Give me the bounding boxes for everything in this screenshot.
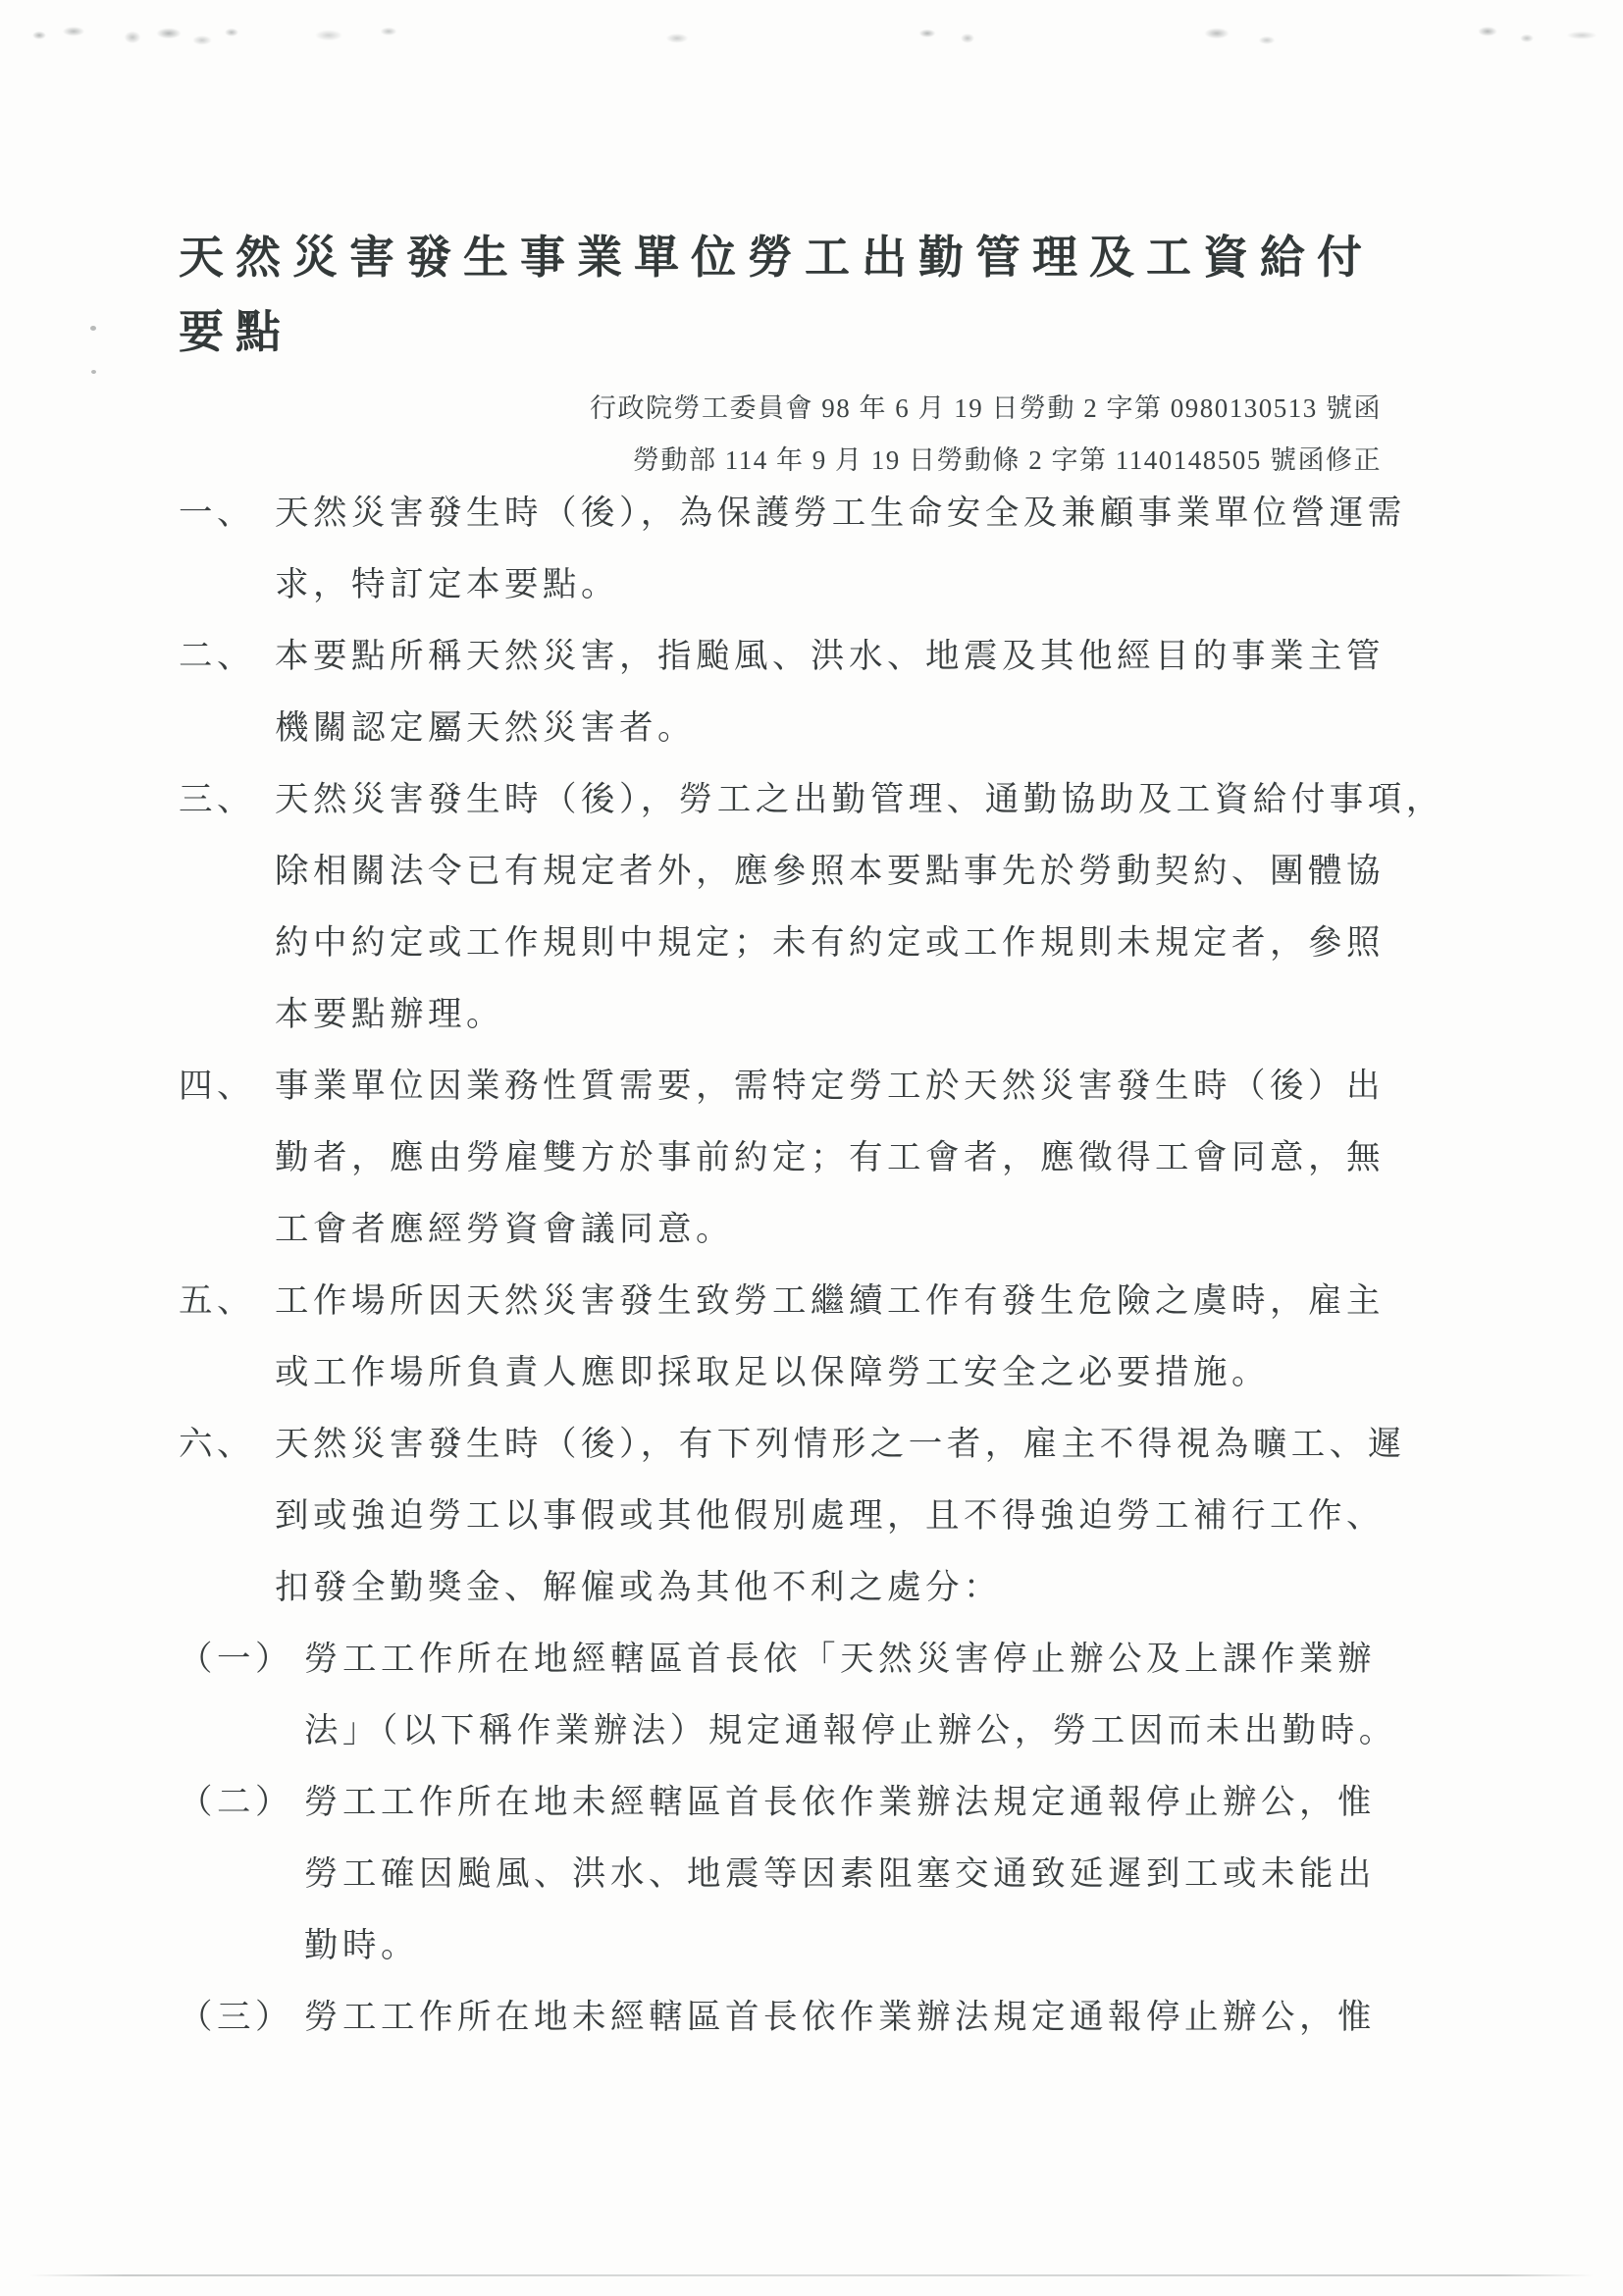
paragraph-marker: 二、 [179,621,255,693]
paragraph-line: 勞工確因颱風、洪水、地震等因素阻塞交通致延遲到工或未能出 [304,1839,1444,1910]
paragraph-line: 約中約定或工作規則中規定；未有約定或工作規則未規定者，參照 [275,908,1444,979]
paragraph-line: 勞工工作所在地未經轄區首長依作業辦法規定通報停止辦公，惟 [304,1767,1444,1839]
paragraph-line: 工會者應經勞資會議同意。 [275,1194,1444,1266]
document-title-line-2: 要點 [179,295,1374,370]
document-body: 一、天然災害發生時（後），為保護勞工生命安全及兼顧事業單位營運需求，特訂定本要點… [179,478,1444,2054]
paragraph: 二、本要點所稱天然災害，指颱風、洪水、地震及其他經目的事業主管機關認定屬天然災害… [179,621,1444,764]
paragraph: 六、天然災害發生時（後），有下列情形之一者，雇主不得視為曠工、遲到或強迫勞工以事… [179,1409,1444,1624]
paragraph-marker: 四、 [179,1051,255,1122]
paragraph: （一）勞工工作所在地經轄區首長依「天然災害停止辦公及上課作業辦法」（以下稱作業辦… [179,1624,1444,1767]
paragraph-marker: 六、 [179,1409,255,1481]
document-title-line-1: 天然災害發生事業單位勞工出勤管理及工資給付 [179,221,1374,295]
paragraph-line: 扣發全勤獎金、解僱或為其他不利之處分： [275,1552,1444,1624]
paragraph-line: 天然災害發生時（後），有下列情形之一者，雇主不得視為曠工、遲 [275,1409,1444,1481]
paragraph-line: 本要點所稱天然災害，指颱風、洪水、地震及其他經目的事業主管 [275,621,1444,693]
paragraph: 三、天然災害發生時（後），勞工之出勤管理、通勤協助及工資給付事項，除相關法令已有… [179,764,1444,1051]
paragraph: 四、事業單位因業務性質需要，需特定勞工於天然災害發生時（後）出勤者，應由勞雇雙方… [179,1051,1444,1266]
paragraph-marker: （二） [179,1767,293,1839]
paragraph: 五、工作場所因天然災害發生致勞工繼續工作有發生危險之虞時，雇主或工作場所負責人應… [179,1266,1444,1409]
scan-speck [90,326,96,331]
scan-noise-top [0,8,1623,71]
paragraph-marker: （三） [179,1982,293,2054]
paragraph: （三）勞工工作所在地未經轄區首長依作業辦法規定通報停止辦公，惟 [179,1982,1444,2054]
issuance-line-original: 行政院勞工委員會 98 年 6 月 19 日勞動 2 字第 0980130513… [590,383,1382,435]
issuance-block: 行政院勞工委員會 98 年 6 月 19 日勞動 2 字第 0980130513… [590,383,1382,487]
paragraph-line: 到或強迫勞工以事假或其他假別處理，且不得強迫勞工補行工作、 [275,1481,1444,1552]
paragraph-marker: 五、 [179,1266,255,1337]
paragraph-line: 或工作場所負責人應即採取足以保障勞工安全之必要措施。 [275,1337,1444,1409]
paragraph-marker: 一、 [179,478,255,549]
paragraph-line: 除相關法令已有規定者外，應參照本要點事先於勞動契約、團體協 [275,836,1444,908]
paragraph-line: 法」（以下稱作業辦法）規定通報停止辦公，勞工因而未出勤時。 [304,1696,1444,1767]
document-title: 天然災害發生事業單位勞工出勤管理及工資給付 要點 [179,221,1374,370]
paragraph-line: 天然災害發生時（後），勞工之出勤管理、通勤協助及工資給付事項， [275,764,1444,836]
paragraph-line: 天然災害發生時（後），為保護勞工生命安全及兼顧事業單位營運需 [275,478,1444,549]
paragraph-line: 勤者，應由勞雇雙方於事前約定；有工會者，應徵得工會同意，無 [275,1122,1444,1194]
paragraph-line: 勤時。 [304,1910,1444,1982]
paragraph: 一、天然災害發生時（後），為保護勞工生命安全及兼顧事業單位營運需求，特訂定本要點… [179,478,1444,621]
paragraph-line: 機關認定屬天然災害者。 [275,693,1444,764]
paragraph: （二）勞工工作所在地未經轄區首長依作業辦法規定通報停止辦公，惟勞工確因颱風、洪水… [179,1767,1444,1982]
paragraph-marker: （一） [179,1624,293,1696]
scan-line-bottom [29,2274,1594,2276]
paragraph-line: 事業單位因業務性質需要，需特定勞工於天然災害發生時（後）出 [275,1051,1444,1122]
paragraph-line: 工作場所因天然災害發生致勞工繼續工作有發生危險之虞時，雇主 [275,1266,1444,1337]
paragraph-line: 本要點辦理。 [275,979,1444,1051]
paragraph-line: 求，特訂定本要點。 [275,549,1444,621]
scan-speck [91,370,96,374]
scanned-document-page: 天然災害發生事業單位勞工出勤管理及工資給付 要點 行政院勞工委員會 98 年 6… [0,0,1623,2296]
paragraph-line: 勞工工作所在地未經轄區首長依作業辦法規定通報停止辦公，惟 [304,1982,1444,2054]
paragraph-marker: 三、 [179,764,255,836]
paragraph-line: 勞工工作所在地經轄區首長依「天然災害停止辦公及上課作業辦 [304,1624,1444,1696]
